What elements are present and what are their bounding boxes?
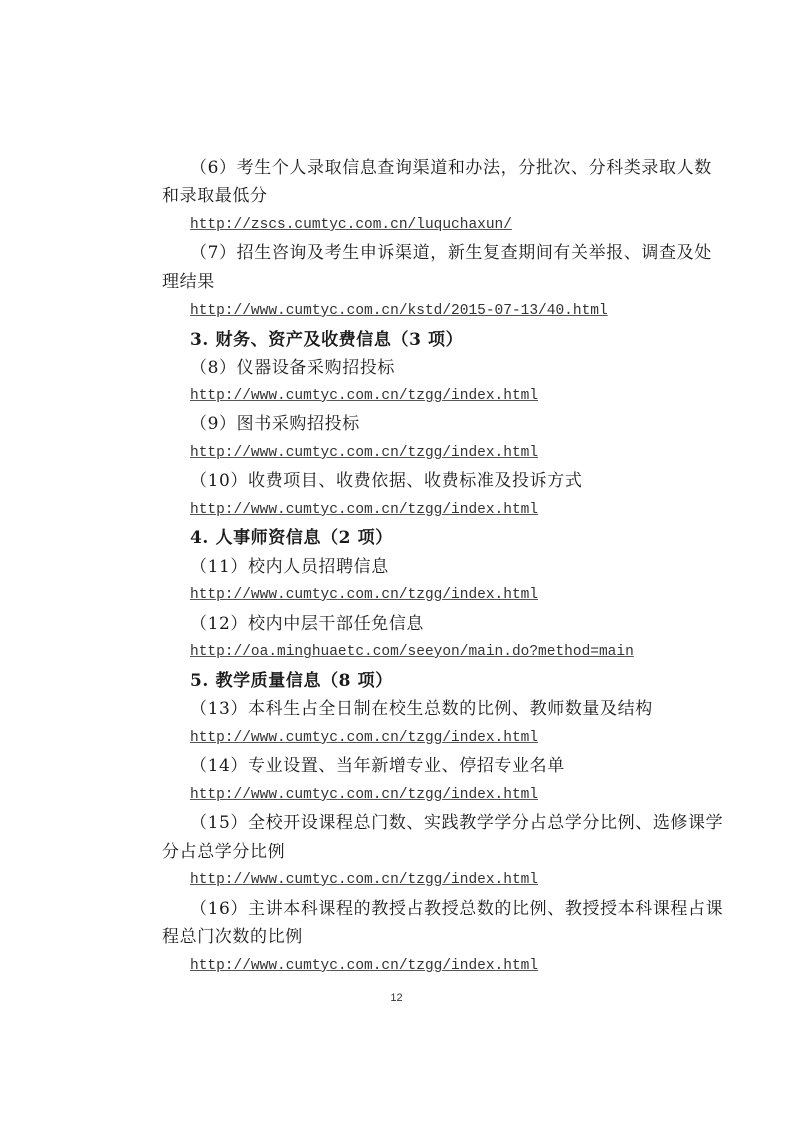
item-16-link[interactable]: http://www.cumtyc.com.cn/tzgg/index.html	[190, 952, 664, 980]
item-10-text: （10）收费项目、收费依据、收费标准及投诉方式	[190, 467, 664, 495]
section-heading-3: 3. 财务、资产及收费信息（3 项）	[190, 326, 664, 354]
item-12-link[interactable]: http://oa.minghuaetc.com/seeyon/main.do?…	[190, 638, 664, 666]
item-6-text-cont: 和录取最低分	[162, 182, 636, 210]
item-16-text-cont: 程总门次数的比例	[162, 923, 636, 951]
item-7-link[interactable]: http://www.cumtyc.com.cn/kstd/2015-07-13…	[190, 297, 664, 325]
item-14-text: （14）专业设置、当年新增专业、停招专业名单	[190, 752, 664, 780]
item-11-link[interactable]: http://www.cumtyc.com.cn/tzgg/index.html	[190, 581, 664, 609]
item-7-text-cont: 理结果	[162, 268, 636, 296]
item-7-text: （7）招生咨询及考生申诉渠道，新生复查期间有关举报、调查及处	[190, 239, 664, 267]
item-10-link[interactable]: http://www.cumtyc.com.cn/tzgg/index.html	[190, 496, 664, 524]
item-8-text: （8）仪器设备采购招投标	[190, 354, 664, 382]
section-heading-5: 5. 教学质量信息（8 项）	[190, 667, 664, 695]
item-15-link[interactable]: http://www.cumtyc.com.cn/tzgg/index.html	[190, 866, 664, 894]
item-16-text: （16）主讲本科课程的教授占教授总数的比例、教授授本科课程占课	[190, 895, 664, 923]
section-heading-4: 4. 人事师资信息（2 项）	[190, 524, 664, 552]
item-6-text: （6）考生个人录取信息查询渠道和办法，分批次、分科类录取人数	[190, 154, 664, 182]
item-15-text-cont: 分占总学分比例	[162, 838, 636, 866]
item-8-link[interactable]: http://www.cumtyc.com.cn/tzgg/index.html	[190, 382, 664, 410]
item-9-text: （9）图书采购招投标	[190, 410, 664, 438]
item-12-text: （12）校内中层干部任免信息	[190, 610, 664, 638]
item-14-link[interactable]: http://www.cumtyc.com.cn/tzgg/index.html	[190, 781, 664, 809]
item-13-link[interactable]: http://www.cumtyc.com.cn/tzgg/index.html	[190, 724, 664, 752]
document-page: （6）考生个人录取信息查询渠道和办法，分批次、分科类录取人数 和录取最低分 ht…	[0, 0, 793, 1121]
item-9-link[interactable]: http://www.cumtyc.com.cn/tzgg/index.html	[190, 439, 664, 467]
page-number: 12	[0, 992, 793, 1004]
item-15-text: （15）全校开设课程总门数、实践教学学分占总学分比例、选修课学	[190, 809, 664, 837]
item-13-text: （13）本科生占全日制在校生总数的比例、教师数量及结构	[190, 695, 664, 723]
item-6-link[interactable]: http://zscs.cumtyc.com.cn/luquchaxun/	[190, 211, 664, 239]
item-11-text: （11）校内人员招聘信息	[190, 553, 664, 581]
